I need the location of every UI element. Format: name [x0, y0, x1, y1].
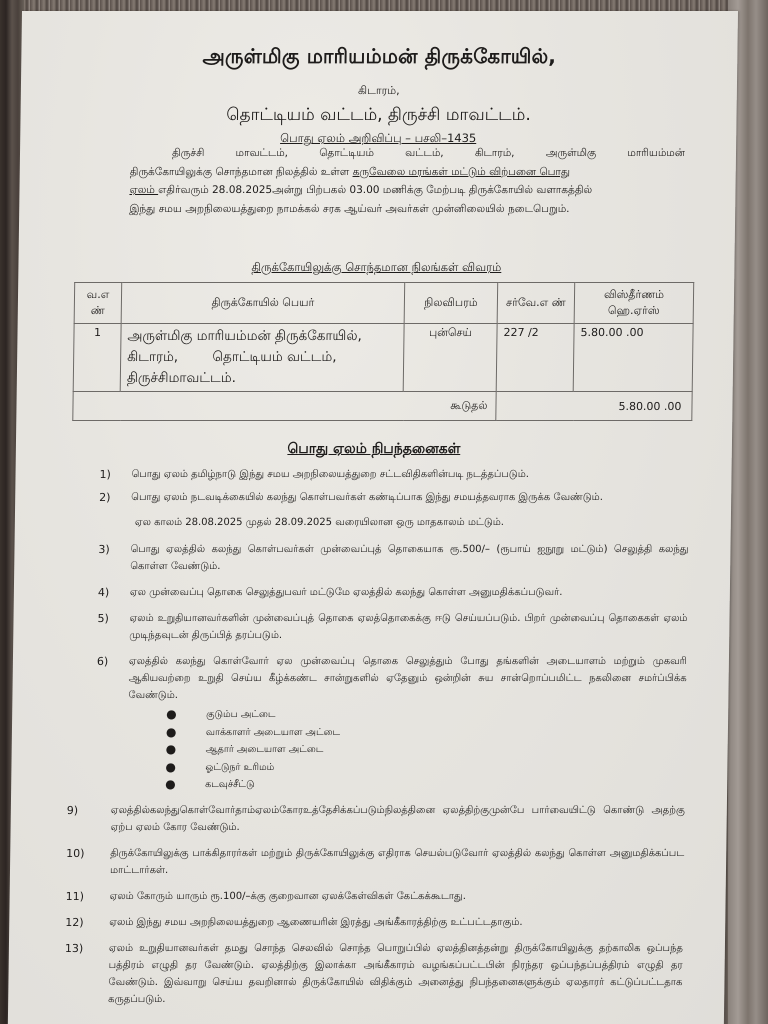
intro-line-3: ஏலம் எதிர்வரும் 28.08.2025அன்று பிற்பகல்… [129, 181, 684, 200]
condition-item: 1)பொது ஏலம் தமிழ்நாடு இந்து சமய அறநிலையத… [99, 466, 689, 483]
condition-item: 5)ஏலம் உறுதியானவர்களின் முன்வைப்புத் தொக… [97, 610, 687, 644]
condition-item: 6)ஏலத்தில் கலந்து கொள்வோர் ஏல முன்வைப்பு… [96, 653, 687, 704]
auction-notice-paper: அருள்மிகு மாரியம்மன் திருக்கோயில், கிடார… [8, 11, 738, 1024]
intro-paragraph: திருச்சி மாவட்டம், தொட்டியம் வட்டம், கிட… [129, 144, 685, 218]
list-item: ●குடும்ப அட்டை [166, 706, 686, 724]
auction-period: ஏல காலம் 28.08.2025 முதல் 28.09.2025 வரை… [99, 514, 689, 531]
bullet-icon: ● [166, 706, 177, 724]
bullet-icon: ● [165, 776, 176, 794]
condition-item: 10)திருக்கோயிலுக்கு பாக்கிதாரர்கள் மற்று… [66, 845, 684, 879]
total-label: கூடுதல் [73, 392, 496, 421]
col-extent: விஸ்தீர்ணம் ஹெ.ஏர்ஸ் [574, 283, 694, 324]
col-temple-name: திருக்கோயில் பெயர் [121, 283, 405, 324]
cell-temple-name: அருள்மிகு மாரியம்மன் திருக்கோயில், கிடார… [120, 324, 404, 392]
bullet-icon: ● [166, 724, 177, 742]
condition-item: 9)ஏலத்தில்கலந்துகொள்வோர்தாம்ஏலம்கோரஉத்தே… [66, 802, 684, 836]
id-documents-list: ●குடும்ப அட்டை ●வாக்காளர் அடையாள அட்டை ●… [95, 706, 686, 794]
table-header-row: வ.எ ண் திருக்கோயில் பெயர் நிலவிபரம் சர்வ… [74, 283, 694, 324]
condition-item: 4)ஏல முன்வைப்பு தொகை செலுத்துபவர் மட்டும… [98, 584, 688, 601]
intro-line-4: இந்து சமய அறநிலையத்துறை நாமக்கல் சரக ஆய்… [129, 200, 684, 219]
bullet-icon: ● [165, 759, 176, 777]
conditions-list: 1)பொது ஏலம் தமிழ்நாடு இந்து சமய அறநிலையத… [92, 466, 690, 1008]
col-survey-no: சர்வே.எ ண் [497, 283, 575, 324]
table-total-row: கூடுதல் 5.80.00 .00 [73, 392, 692, 421]
intro-line-2: திருக்கோயிலுக்கு சொந்தமான நிலத்தில் உள்ள… [130, 163, 685, 182]
condition-item: 12)ஏலம் இந்து சமய அறநிலையத்துறை ஆணையரின்… [65, 914, 683, 931]
condition-item: 11)ஏலம் கோரும் யாரும் ரூ.100/–க்கு குறைவ… [66, 888, 684, 905]
taluk-district: தொட்டியம் வட்டம், திருச்சி மாவட்டம். [20, 105, 736, 127]
list-item: ●ஓட்டுநர் உரிமம் [165, 759, 685, 777]
land-details-heading: திருக்கோயிலுக்கு சொந்தமான நிலங்கள் விவரம… [18, 260, 734, 276]
list-item: ●வாக்காளர் அடையாள அட்டை [166, 724, 686, 742]
cell-extent: 5.80.00 .00 [573, 324, 693, 392]
condition-item: 13)ஏலம் உறுதியானவர்கள் தமது சொந்த செலவில… [64, 940, 683, 1008]
total-value: 5.80.00 .00 [496, 392, 692, 421]
condition-item: 2)பொது ஏலம் நடவடிக்கையில் கலந்து கொள்பவர… [99, 489, 689, 506]
cell-serial: 1 [73, 324, 121, 392]
temple-title: அருள்மிகு மாரியம்மன் திருக்கோயில், [21, 44, 737, 71]
cell-survey-no: 227 /2 [496, 324, 574, 392]
col-land-type: நிலவிபரம் [404, 283, 498, 324]
table-row: 1 அருள்மிகு மாரியம்மன் திருக்கோயில், கிட… [73, 324, 693, 392]
col-serial: வ.எ ண் [74, 283, 122, 324]
conditions-heading: பொது ஏலம் நிபந்தனைகள் [16, 441, 732, 459]
intro-line-1: திருச்சி மாவட்டம், தொட்டியம் வட்டம், கிட… [130, 144, 685, 163]
list-item: ●கடவுச்சீட்டு [165, 776, 685, 794]
land-details-table: வ.எ ண் திருக்கோயில் பெயர் நிலவிபரம் சர்வ… [72, 282, 694, 421]
village-name: கிடாரம், [21, 84, 737, 99]
bullet-icon: ● [166, 741, 177, 759]
condition-item: 3)பொது ஏலத்தில் கலந்து கொள்பவர்கள் முன்வ… [98, 541, 688, 575]
list-item: ●ஆதார் அடையாள அட்டை [166, 741, 686, 759]
cell-land-type: புன்செய் [403, 324, 497, 392]
